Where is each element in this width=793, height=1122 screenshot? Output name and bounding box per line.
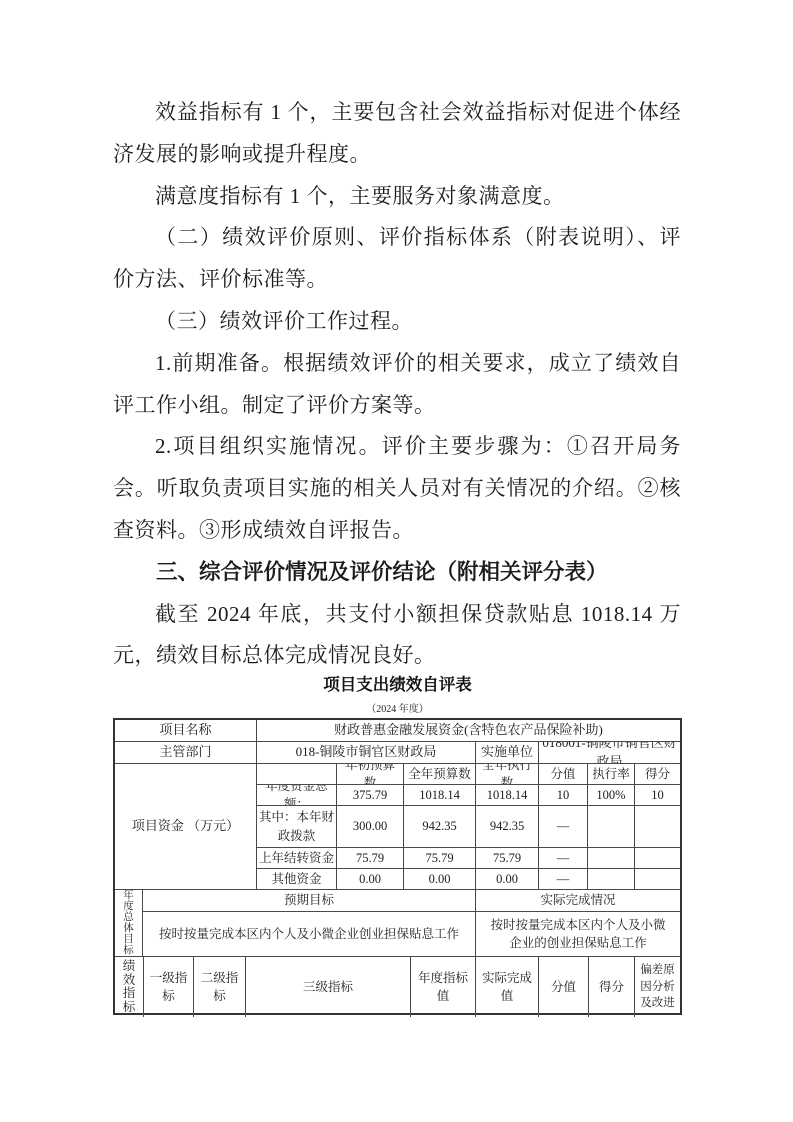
table-info-section: 项目名称 财政普惠金融发展资金(含特色农产品保险补助) 主管部门 018-铜陵市… bbox=[115, 720, 680, 764]
funds-col-header: 全年执行数 bbox=[476, 764, 539, 785]
indicator-header: 年度指标值 bbox=[411, 957, 476, 1017]
funds-value: — bbox=[539, 848, 588, 869]
indicator-header: 三级指标 bbox=[246, 957, 411, 1017]
funds-value: 0.00 bbox=[337, 869, 404, 890]
funds-value: 375.79 bbox=[337, 785, 404, 806]
funds-value: 942.35 bbox=[476, 806, 539, 848]
table-funds-section: 项目资金 （万元） 年初预算数 全年预算数 全年执行数 分值 执行率 得分 年度… bbox=[115, 764, 680, 890]
dept-value: 018-铜陵市铜官区财政局 bbox=[257, 742, 476, 764]
funds-col-header: 得分 bbox=[635, 764, 680, 785]
funds-value: — bbox=[539, 869, 588, 890]
project-name-label: 项目名称 bbox=[115, 720, 257, 742]
paragraph: 2.项目组织实施情况。评价主要步骤为：①召开局务会。听取负责项目实施的相关人员对… bbox=[113, 426, 681, 551]
funds-row-label: 项目资金 （万元） bbox=[115, 764, 257, 890]
document-page: 效益指标有 1 个，主要包含社会效益指标对促进个体经济发展的影响或提升程度。 满… bbox=[0, 0, 793, 1122]
paragraph: 效益指标有 1 个，主要包含社会效益指标对促进个体经济发展的影响或提升程度。 bbox=[113, 92, 681, 176]
funds-col-header: 分值 bbox=[539, 764, 588, 785]
expected-goal-text: 按时按量完成本区内个人及小微企业创业担保贴息工作 bbox=[143, 912, 476, 957]
goal-side-label: 年度总体目标 bbox=[115, 890, 143, 957]
paragraph: 截至 2024 年底，共支付小额担保贷款贴息 1018.14 万元，绩效目标总体… bbox=[113, 594, 681, 678]
funds-row-header: 其中：本年财政拨款 bbox=[257, 806, 337, 848]
indicator-side-label: 绩效指标 bbox=[115, 957, 144, 1017]
funds-value bbox=[588, 869, 635, 890]
funds-value: 1018.14 bbox=[404, 785, 476, 806]
table-indicator-section: 绩效指标 一级指标 二级指标 三级指标 年度指标值 实际完成值 分值 得分 偏差… bbox=[115, 957, 680, 1017]
funds-value: 75.79 bbox=[476, 848, 539, 869]
paragraph: （三）绩效评价工作过程。 bbox=[113, 301, 681, 343]
table-title: 项目支出绩效自评表 bbox=[113, 671, 682, 695]
funds-value: 942.35 bbox=[404, 806, 476, 848]
funds-value bbox=[588, 848, 635, 869]
indicator-header: 偏差原因分析及改进 bbox=[635, 957, 680, 1017]
funds-col-header: 全年预算数 bbox=[404, 764, 476, 785]
funds-row-header: 其他资金 bbox=[257, 869, 337, 890]
table-goal-section: 年度总体目标 预期目标 实际完成情况 按时按量完成本区内个人及小微企业创业担保贴… bbox=[115, 890, 680, 957]
funds-value: 10 bbox=[539, 785, 588, 806]
funds-col-header: 执行率 bbox=[588, 764, 635, 785]
document-body: 效益指标有 1 个，主要包含社会效益指标对促进个体经济发展的影响或提升程度。 满… bbox=[113, 92, 681, 677]
funds-value: 0.00 bbox=[404, 869, 476, 890]
table-subtitle: （2024 年度） bbox=[113, 700, 682, 715]
paragraph: （二）绩效评价原则、评价指标体系（附表说明）、评价方法、评价标准等。 bbox=[113, 217, 681, 301]
indicator-header: 实际完成值 bbox=[476, 957, 539, 1017]
dept-label: 主管部门 bbox=[115, 742, 257, 764]
section-heading: 三、综合评价情况及评价结论（附相关评分表） bbox=[113, 552, 681, 594]
funds-value: 300.00 bbox=[337, 806, 404, 848]
funds-col-header: 年初预算数 bbox=[337, 764, 404, 785]
funds-value: 1018.14 bbox=[476, 785, 539, 806]
funds-corner-cell bbox=[257, 764, 337, 785]
paragraph: 1.前期准备。根据绩效评价的相关要求，成立了绩效自评工作小组。制定了评价方案等。 bbox=[113, 343, 681, 427]
indicator-header: 分值 bbox=[539, 957, 589, 1017]
funds-value: 10 bbox=[635, 785, 680, 806]
paragraph: 满意度指标有 1 个，主要服务对象满意度。 bbox=[113, 176, 681, 218]
expected-goal-header: 预期目标 bbox=[143, 890, 476, 912]
funds-value bbox=[635, 806, 680, 848]
indicator-header: 得分 bbox=[589, 957, 635, 1017]
indicator-header: 一级指标 bbox=[144, 957, 194, 1017]
funds-row-header: 上年结转资金 bbox=[257, 848, 337, 869]
actual-goal-header: 实际完成情况 bbox=[476, 890, 680, 912]
self-evaluation-table: 项目名称 财政普惠金融发展资金(含特色农产品保险补助) 主管部门 018-铜陵市… bbox=[113, 718, 682, 1015]
indicator-header: 二级指标 bbox=[194, 957, 246, 1017]
funds-row-header: 年度资金总额： bbox=[257, 785, 337, 806]
actual-goal-text: 按时按量完成本区内个人及小微企业的创业担保贴息工作 bbox=[476, 912, 680, 957]
impl-unit-label: 实施单位 bbox=[476, 742, 539, 764]
impl-unit-value: 018001-铜陵市铜官区财政局 bbox=[539, 742, 680, 764]
funds-value: 75.79 bbox=[337, 848, 404, 869]
funds-value: 75.79 bbox=[404, 848, 476, 869]
project-name-value: 财政普惠金融发展资金(含特色农产品保险补助) bbox=[257, 720, 680, 742]
funds-value bbox=[588, 806, 635, 848]
funds-value bbox=[635, 869, 680, 890]
funds-value: 100% bbox=[588, 785, 635, 806]
funds-value bbox=[635, 848, 680, 869]
funds-value: 0.00 bbox=[476, 869, 539, 890]
funds-value: — bbox=[539, 806, 588, 848]
